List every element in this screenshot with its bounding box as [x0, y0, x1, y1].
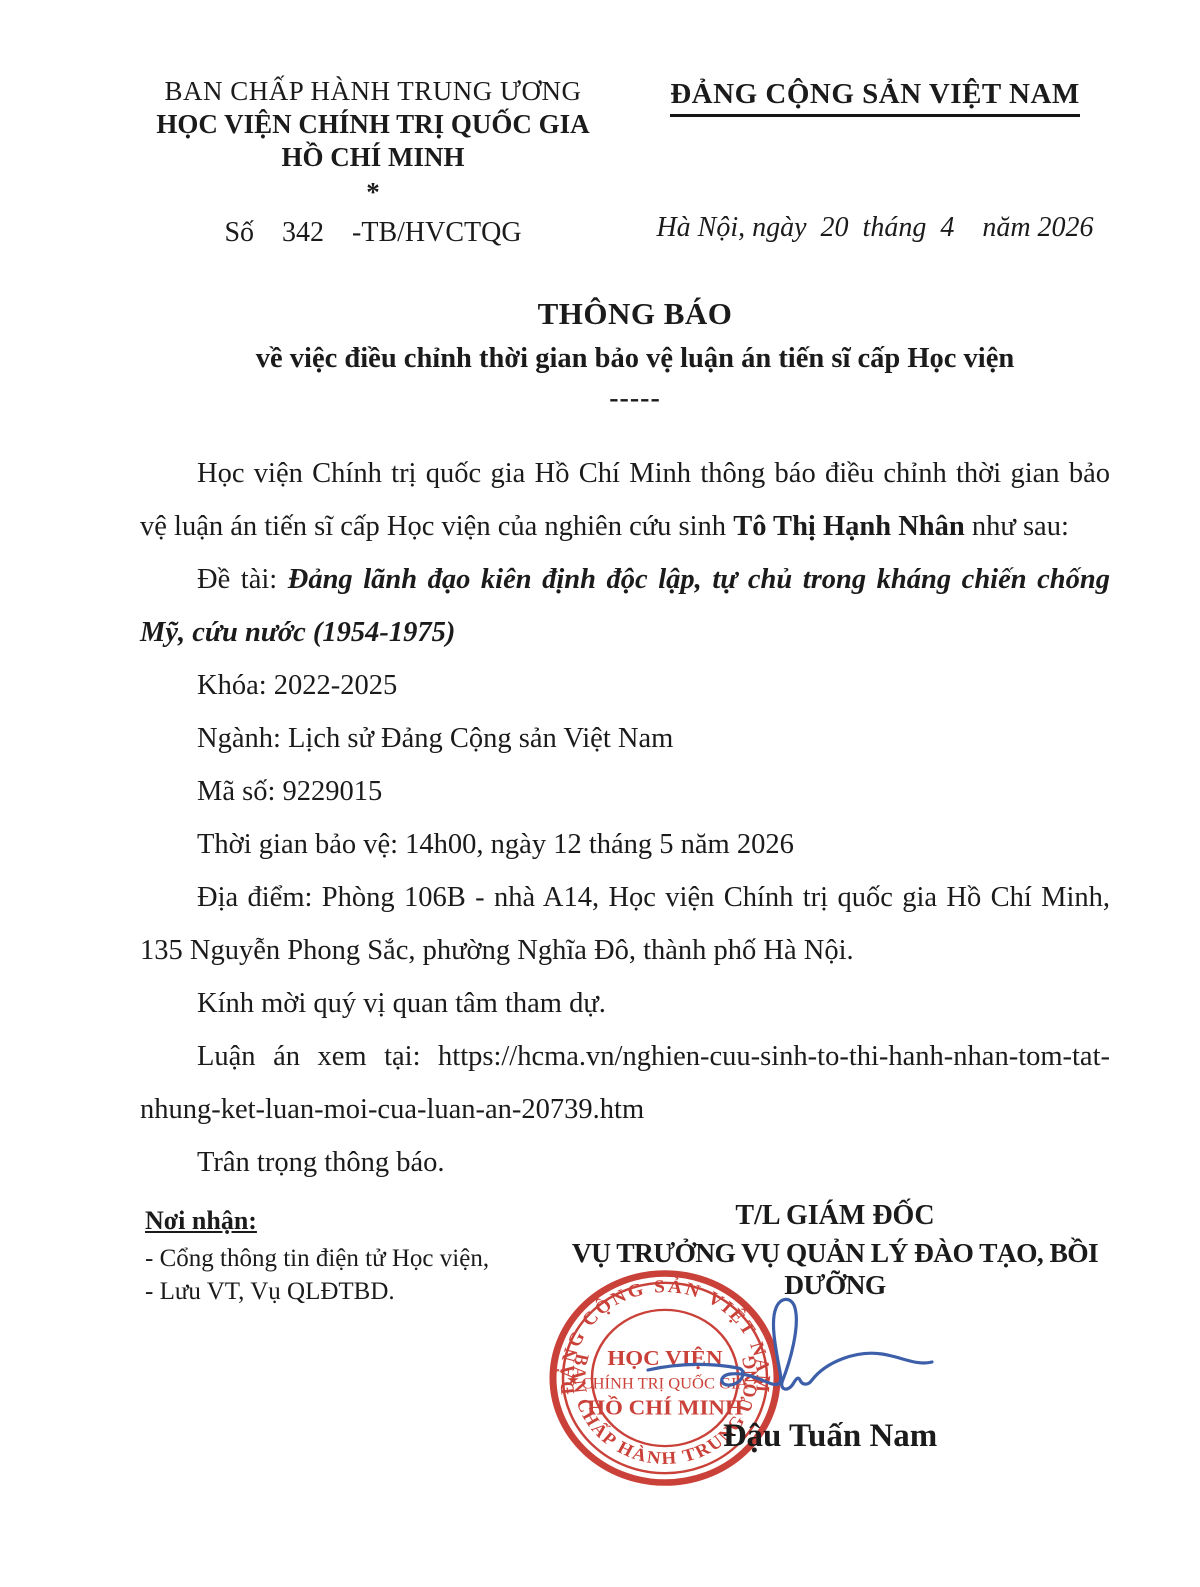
- org-name-line1: HỌC VIỆN CHÍNH TRỊ QUỐC GIA: [128, 108, 618, 141]
- signer-role-primary: T/L GIÁM ĐỐC: [530, 1200, 1140, 1232]
- recipient-item: - Lưu VT, Vụ QLĐTBD.: [145, 1275, 565, 1308]
- link-label: Luận án xem tại:: [197, 1041, 438, 1072]
- document-page: { "header": { "left": { "org_parent": "B…: [0, 0, 1200, 1587]
- document-body: Học viện Chính trị quốc gia Hồ Chí Minh …: [140, 447, 1110, 1189]
- title-block: THÔNG BÁO về việc điều chỉnh thời gian b…: [70, 296, 1200, 415]
- national-header-block: ĐẢNG CỘNG SẢN VIỆT NAM Hà Nội, ngày 20 t…: [635, 78, 1115, 244]
- recipients-title: Nơi nhận:: [145, 1206, 565, 1236]
- party-name: ĐẢNG CỘNG SẢN VIỆT NAM: [670, 78, 1080, 117]
- title-divider: -----: [70, 383, 1200, 415]
- recipients-block: Nơi nhận: - Cổng thông tin điện tử Học v…: [145, 1206, 565, 1308]
- signer-name: Đậu Tuấn Nam: [700, 1418, 960, 1455]
- paragraph-venue: Địa điểm: Phòng 106B - nhà A14, Học viện…: [140, 871, 1110, 977]
- paragraph-link: Luận án xem tại: https://hcma.vn/nghien-…: [140, 1030, 1110, 1136]
- paragraph-intro: Học viện Chính trị quốc gia Hồ Chí Minh …: [140, 447, 1110, 553]
- org-parent: BAN CHẤP HÀNH TRUNG ƯƠNG: [128, 75, 618, 108]
- paragraph-invitation: Kính mời quý vị quan tâm tham dự.: [140, 977, 1110, 1030]
- paragraph-course: Khóa: 2022-2025: [140, 659, 1110, 712]
- paragraph-code: Mã số: 9229015: [140, 765, 1110, 818]
- document-title: THÔNG BÁO: [70, 296, 1200, 332]
- paragraph-topic: Đề tài: Đảng lãnh đạo kiên định độc lập,…: [140, 553, 1110, 659]
- handwritten-signature: [630, 1292, 950, 1407]
- recipient-item: - Cổng thông tin điện tử Học viện,: [145, 1242, 565, 1275]
- place-date-line: Hà Nội, ngày 20 tháng 4 năm 2026: [635, 212, 1115, 244]
- paragraph-defense-time: Thời gian bảo vệ: 14h00, ngày 12 tháng 5…: [140, 818, 1110, 871]
- topic-label: Đề tài:: [197, 564, 288, 595]
- issuing-org-block: BAN CHẤP HÀNH TRUNG ƯƠNG HỌC VIỆN CHÍNH …: [128, 75, 618, 250]
- paragraph-major: Ngành: Lịch sử Đảng Cộng sản Việt Nam: [140, 712, 1110, 765]
- intro-suffix: như sau:: [965, 511, 1069, 542]
- org-name-line2: HỒ CHÍ MINH: [128, 141, 618, 174]
- document-subtitle: về việc điều chỉnh thời gian bảo vệ luận…: [70, 343, 1200, 375]
- paragraph-closing: Trân trọng thông báo.: [140, 1136, 1110, 1189]
- signature-graphic: [630, 1292, 950, 1407]
- candidate-name: Tô Thị Hạnh Nhân: [733, 511, 965, 542]
- star-separator: *: [128, 176, 618, 209]
- stamp-star-left-icon: ★: [566, 1373, 579, 1388]
- document-number: Số 342 -TB/HVCTQG: [128, 216, 618, 250]
